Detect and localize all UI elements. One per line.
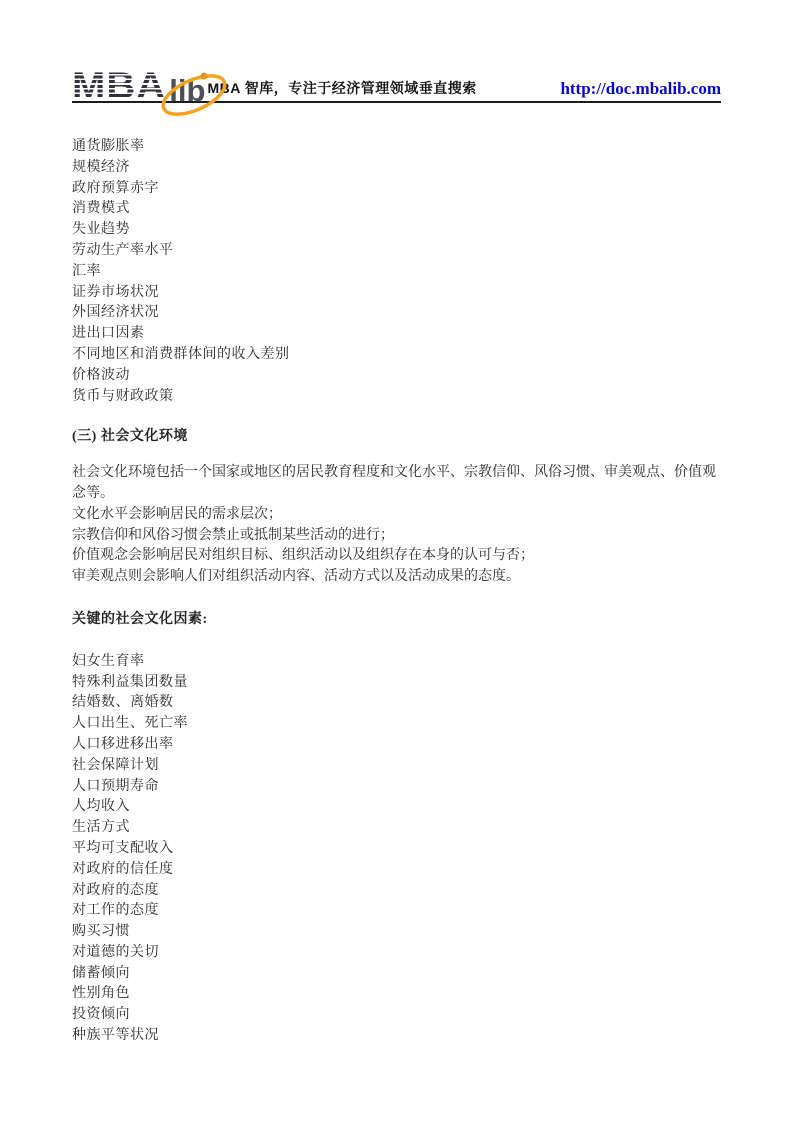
list-item: 性别角色 [72,984,721,1005]
list-item: 投资倾向 [72,1005,721,1026]
mbalib-logo: MBA lib [72,71,205,101]
list-item: 政府预算赤字 [72,179,721,200]
list-item: 对工作的态度 [72,901,721,922]
list-item: 对政府的态度 [72,881,721,902]
list-item: 特殊利益集团数量 [72,673,721,694]
list-item: 结婚数、离婚数 [72,693,721,714]
list-item: 人口预期寿命 [72,777,721,798]
list-item: 劳动生产率水平 [72,241,721,262]
logo-text-lib: lib [169,73,205,108]
site-tagline: MBA 智库，专注于经济管理领域垂直搜索 [207,78,476,98]
site-url-link[interactable]: http://doc.mbalib.com [560,79,721,99]
document-content: 通货膨胀率规模经济政府预算赤字消费模式失业趋势劳动生产率水平汇率证券市场状况外国… [72,137,721,1047]
document-page: MBA lib MBA 智库，专注于经济管理领域垂直搜索 http://doc.… [0,0,793,1122]
list-item: 通货膨胀率 [72,137,721,158]
detail-line: 审美观点则会影响人们对组织活动内容、活动方式以及活动成果的态度。 [72,567,721,588]
list-item: 生活方式 [72,818,721,839]
list-item: 种族平等状况 [72,1026,721,1047]
list-item: 价格波动 [72,366,721,387]
list-item: 对政府的信任度 [72,860,721,881]
list-item: 外国经济状况 [72,303,721,324]
list-item: 不同地区和消费群体间的收入差别 [72,345,721,366]
list-item: 平均可支配收入 [72,839,721,860]
list-item: 失业趋势 [72,220,721,241]
list-item: 人均收入 [72,797,721,818]
list-item: 对道德的关切 [72,943,721,964]
intro-paragraph: 社会文化环境包括一个国家或地区的居民教育程度和文化水平、宗教信仰、风俗习惯、审美… [72,463,721,505]
detail-line: 宗教信仰和风俗习惯会禁止或抵制某些活动的进行； [72,526,721,547]
page-header: MBA lib MBA 智库，专注于经济管理领域垂直搜索 http://doc.… [72,54,721,103]
logo-lib-group: lib [169,77,205,105]
logo-text-mba: MBA [72,71,166,101]
list-item: 购买习惯 [72,922,721,943]
key-factors-heading: 关键的社会文化因素: [72,610,721,631]
section-heading: (三) 社会文化环境 [72,427,721,448]
list-item: 货币与财政政策 [72,387,721,408]
list-item: 消费模式 [72,199,721,220]
list-item: 社会保障计划 [72,756,721,777]
list-item: 规模经济 [72,158,721,179]
list-item: 汇率 [72,262,721,283]
list-item: 进出口因素 [72,324,721,345]
detail-line: 价值观念会影响居民对组织目标、组织活动以及组织存在本身的认可与否； [72,546,721,567]
detail-lines-list: 文化水平会影响居民的需求层次；宗教信仰和风俗习惯会禁止或抵制某些活动的进行；价值… [72,505,721,588]
list-item: 妇女生育率 [72,652,721,673]
social-factors-list: 妇女生育率特殊利益集团数量结婚数、离婚数人口出生、死亡率人口移进移出率社会保障计… [72,652,721,1047]
detail-line: 文化水平会影响居民的需求层次； [72,505,721,526]
list-item: 储蓄倾向 [72,964,721,985]
list-item: 人口移进移出率 [72,735,721,756]
list-item: 证券市场状况 [72,283,721,304]
list-item: 人口出生、死亡率 [72,714,721,735]
economic-factors-list: 通货膨胀率规模经济政府预算赤字消费模式失业趋势劳动生产率水平汇率证券市场状况外国… [72,137,721,407]
